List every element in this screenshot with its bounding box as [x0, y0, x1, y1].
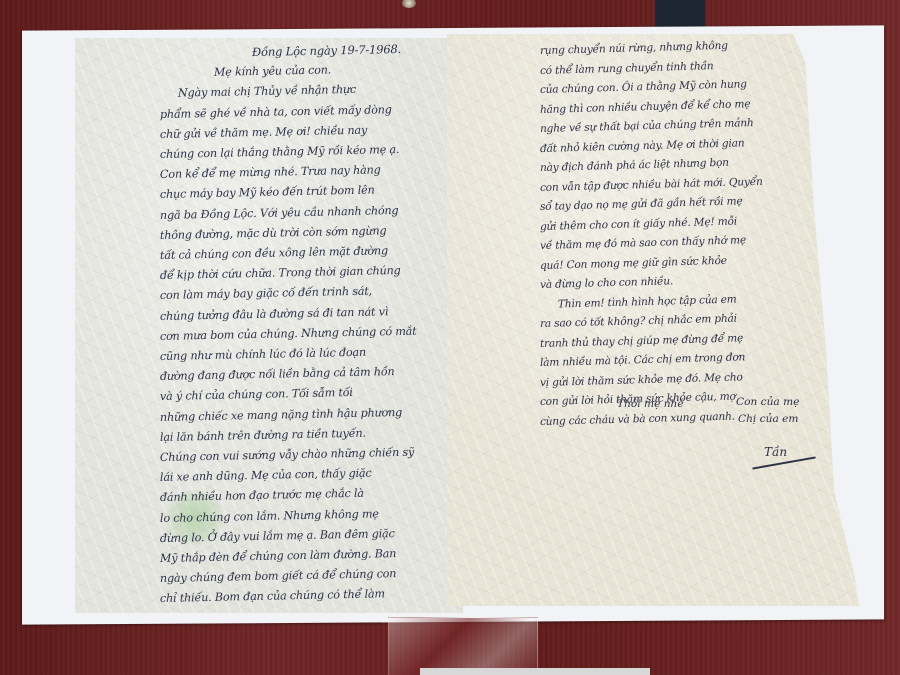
clear-tape — [388, 617, 538, 675]
handwritten-line: chỉ thiếu. Bom đạn của chúng có thể làm — [160, 583, 460, 609]
board-dark-strip — [655, 0, 705, 30]
closing-signoff-line-1: Con của mẹ — [736, 396, 799, 408]
closing-farewell: Thôi mẹ nhé — [617, 398, 684, 410]
bottom-label-card — [420, 668, 650, 675]
signature: Tần — [764, 445, 787, 459]
right-page-text: rụng chuyển núi rừng, nhưng không có thể… — [540, 42, 840, 432]
left-page-text: Đồng Lộc ngày 19-7-1968. Mẹ kính yêu của… — [160, 44, 460, 610]
mounting-screw — [402, 0, 416, 8]
closing-signoff-line-2: Chị của em — [738, 413, 798, 425]
